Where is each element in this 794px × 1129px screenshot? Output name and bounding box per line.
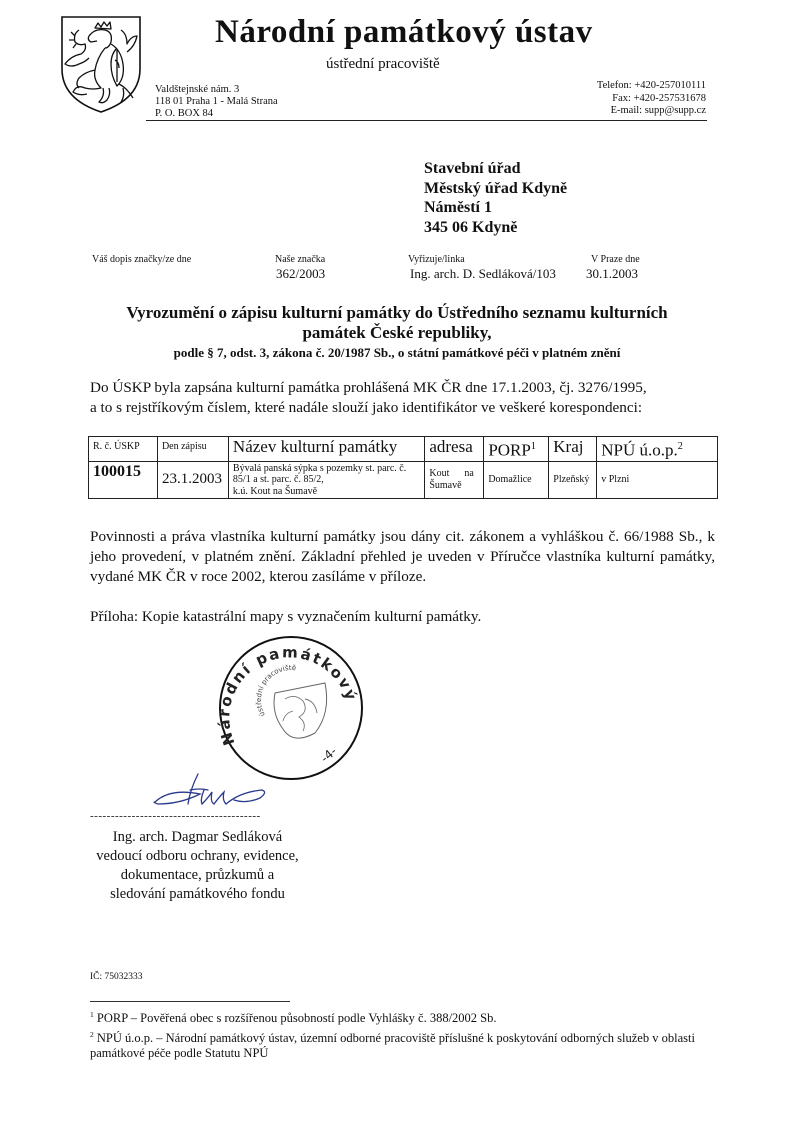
your-letter-label: Váš dopis značky/ze dne [92,254,191,265]
phone: Telefon: +420-257010111 [597,80,706,93]
cell-date: 23.1.2003 [157,461,228,499]
signatory-role: sledování památkového fondu [75,885,320,904]
cell-region: Plzeňský [549,461,597,499]
organization-subtitle: ústřední pracoviště [326,56,440,73]
organization-name: Národní památkový ústav [215,14,593,51]
document-title: Vyrozumění o zápisu kulturní památky do … [0,303,794,323]
header-name: Název kulturní památky [228,437,424,462]
address-line: Šumavě [429,480,479,492]
obligations-paragraph: Povinnosti a práva vlastníka kulturní pa… [90,527,715,587]
header-address: adresa [425,437,484,462]
fax: Fax: +420-257531678 [597,93,706,106]
registration-table: R. č. ÚSKP Den zápisu Název kulturní pam… [88,436,718,499]
cell-address: Kout na Šumavě [425,461,484,499]
attachment-note: Příloha: Kopie katastrální mapy s vyznač… [90,607,715,627]
name-line: k.ú. Kout na Šumavě [233,486,420,498]
handwritten-signature [150,770,280,810]
handled-by-label: Vyřizuje/linka [408,254,465,265]
address-line: P. O. BOX 84 [155,108,278,120]
signature-line: ----------------------------------------… [90,810,305,822]
name-line: 85/1 a st. parc. č. 85/2, [233,474,420,486]
table-header-row: R. č. ÚSKP Den zápisu Název kulturní pam… [89,437,718,462]
recipient-line: Náměstí 1 [424,198,567,218]
table-row: 100015 23.1.2003 Bývalá panská sýpka s p… [89,461,718,499]
header-porp-label: PORP [488,441,531,460]
organization-contact: Telefon: +420-257010111 Fax: +420-257531… [597,80,706,118]
document-legal-basis: podle § 7, odst. 3, zákona č. 20/1987 Sb… [0,345,794,361]
footnote-ref-2: 2 [678,441,683,452]
footnote-text: PORP – Pověřená obec s rozšířenou působn… [94,1011,497,1025]
footnote-ref-1: 1 [531,441,536,452]
intro-paragraph: Do ÚSKP byla zapsána kulturní památka pr… [90,378,715,418]
date-value: 30.1.2003 [586,266,638,282]
header-divider [146,120,707,121]
cell-reg-no: 100015 [89,461,158,499]
organization-address: Valdštejnské nám. 3 118 01 Praha 1 - Mal… [155,84,278,120]
recipient-line: 345 06 Kdyně [424,218,567,238]
email: E-mail: supp@supp.cz [597,105,706,118]
footnote-2: 2 NPÚ ú.o.p. – Národní památkový ústav, … [90,1027,710,1062]
header-region: Kraj [549,437,597,462]
address-line: Valdštejnské nám. 3 [155,84,278,96]
company-id: IČ: 75032333 [90,972,143,982]
document-title-cont: památek České republiky, [0,323,794,343]
footnote-divider [90,1001,290,1002]
address-line: 118 01 Praha 1 - Malá Strana [155,96,278,108]
recipient-line: Stavební úřad [424,159,567,179]
intro-line: Do ÚSKP byla zapsána kulturní památka pr… [90,378,715,398]
our-ref-value: 362/2003 [276,266,325,282]
footnote-1: 1 PORP – Pověřená obec s rozšířenou půso… [90,1007,710,1027]
signatory-name: Ing. arch. Dagmar Sedláková [75,828,320,847]
intro-line: a to s rejstříkovým číslem, které nadále… [90,398,715,418]
signatory-role: dokumentace, průzkumů a [75,866,320,885]
header-npu-label: NPÚ ú.o.p. [601,441,678,460]
recipient-line: Městský úřad Kdyně [424,179,567,199]
our-ref-label: Naše značka [275,254,325,265]
coat-of-arms-lion-icon [59,14,143,114]
header-npu: NPÚ ú.o.p.2 [597,437,718,462]
signatory-block: Ing. arch. Dagmar Sedláková vedoucí odbo… [75,828,320,904]
header-porp: PORP1 [484,437,549,462]
official-stamp-seal: Národní památkový ústav ústřední pracovi… [213,633,363,783]
svg-text:ústřední pracoviště: ústřední pracoviště [255,664,297,718]
signatory-role: vedoucí odboru ochrany, evidence, [75,847,320,866]
footnotes: 1 PORP – Pověřená obec s rozšířenou půso… [90,1007,710,1062]
address-line: Kout na [429,468,479,480]
handled-by-value: Ing. arch. D. Sedláková/103 [410,266,556,282]
recipient-address: Stavební úřad Městský úřad Kdyně Náměstí… [424,159,567,237]
header-date: Den zápisu [157,437,228,462]
name-line: Bývalá panská sýpka s pozemky st. parc. … [233,463,420,475]
seal-inner-text: ústřední pracoviště [255,664,297,718]
date-label: V Praze dne [591,254,640,265]
cell-porp: Domažlice [484,461,549,499]
cell-npu: v Plzni [597,461,718,499]
footnote-text: NPÚ ú.o.p. – Národní památkový ústav, úz… [90,1031,695,1061]
cell-name: Bývalá panská sýpka s pozemky st. parc. … [228,461,424,499]
header-reg-no: R. č. ÚSKP [89,437,158,462]
